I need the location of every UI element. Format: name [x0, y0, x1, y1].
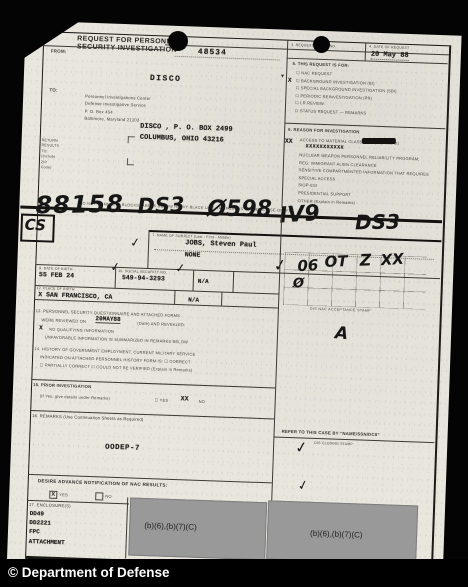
handwritten-ds3-2: DS3	[355, 210, 400, 235]
pen-checkmark: ✓	[129, 235, 140, 250]
prior-xx-mark: XX	[181, 395, 189, 402]
pointer-icon: ▼	[280, 73, 285, 79]
prior-no-option: NO	[199, 398, 206, 406]
review-reviewed-on: WERE REVIEWED ON	[41, 316, 86, 325]
disco-addressee: DISCO	[150, 74, 182, 84]
hole-punch-dot	[313, 36, 330, 53]
return-results-label: RETURN RESULTS TO: (Include ZIP Code)	[41, 138, 60, 171]
paper-sheet: REQUEST FOR PERSONNEL SECURITY INVESTIGA…	[6, 21, 461, 587]
enclosures-list: DD49 DD2221 FPC ATTACHMENT	[29, 509, 66, 547]
alias-value: NONE	[185, 251, 201, 259]
corner-mark	[127, 158, 134, 165]
advance-yes-checkbox: X	[49, 491, 57, 499]
handwritten-iv9: IV9	[278, 201, 320, 229]
ssn-value: 549-94-3293	[122, 274, 165, 282]
handwritten-d598: Ø598	[207, 197, 272, 222]
redaction-box-right: (b)(6),(b)(7)(C)	[266, 500, 418, 564]
redaction-box-left: (b)(6),(b)(7)(C)	[128, 497, 267, 560]
reason-xx-mark: XX	[285, 138, 293, 145]
corner-mark	[128, 136, 135, 143]
handwritten-z: Z	[359, 250, 371, 269]
advance-yes-label: YES	[59, 491, 68, 499]
advance-no-label: NO	[105, 493, 112, 501]
dis-address-block: Personnel Investigations Center Defense …	[84, 93, 151, 125]
return-address: DISCO , P. O. BOX 2499 COLUMBUS, OHIO 43…	[140, 122, 233, 146]
reason-items: NUCLEAR WEAPON PERSONNEL RELIABILITY PRO…	[298, 151, 448, 209]
handwritten-circle-mark: Ø	[293, 276, 305, 291]
handwritten-a: A	[334, 323, 349, 344]
dob-value: 55 FEB 24	[39, 271, 74, 279]
request-type-x-mark: X	[288, 77, 292, 84]
redaction-code: (b)(6),(b)(7)(C)	[310, 529, 363, 540]
remarks-value: OODEP-7	[105, 444, 140, 453]
pen-checkmark: ✓	[109, 259, 121, 274]
handwritten-ot: OT	[324, 252, 348, 271]
na-value-1: N/A	[198, 278, 209, 285]
date-of-request-value: 20 May 88	[371, 51, 409, 61]
handwritten-xx: XX	[380, 250, 404, 270]
review-date: 20MAY88	[95, 315, 120, 324]
review-and-revealed: (Date) AND REVEALED:	[137, 320, 185, 329]
request-for-items: ☐ NAC REQUEST ☐ BACKGROUND INVESTIGATION…	[295, 69, 446, 120]
scanned-document-image: REQUEST FOR PERSONNEL SECURITY INVESTIGA…	[0, 0, 468, 587]
redaction-code: (b)(6),(b)(7)(C)	[144, 521, 197, 532]
advance-no-checkbox	[95, 492, 103, 500]
to-label: TO:	[49, 87, 57, 92]
pen-scribble	[362, 138, 396, 144]
handwritten-ds3-1: DS3	[137, 193, 185, 219]
hole-punch-dot	[168, 31, 188, 51]
credit-text: © Department of Defense	[8, 565, 169, 580]
na-value-2: N/A	[188, 296, 199, 303]
pen-checkmark: ✓	[294, 438, 309, 458]
prior-yes-option: ☐ YES	[155, 396, 169, 404]
pen-checkmark: ✓	[175, 261, 186, 276]
credit-bar: © Department of Defense	[0, 559, 468, 587]
handwritten-cs: CS	[24, 216, 46, 235]
from-label: FROM:	[51, 48, 67, 54]
handwritten-06: 06	[297, 256, 319, 275]
review-x-mark: X	[39, 324, 43, 331]
